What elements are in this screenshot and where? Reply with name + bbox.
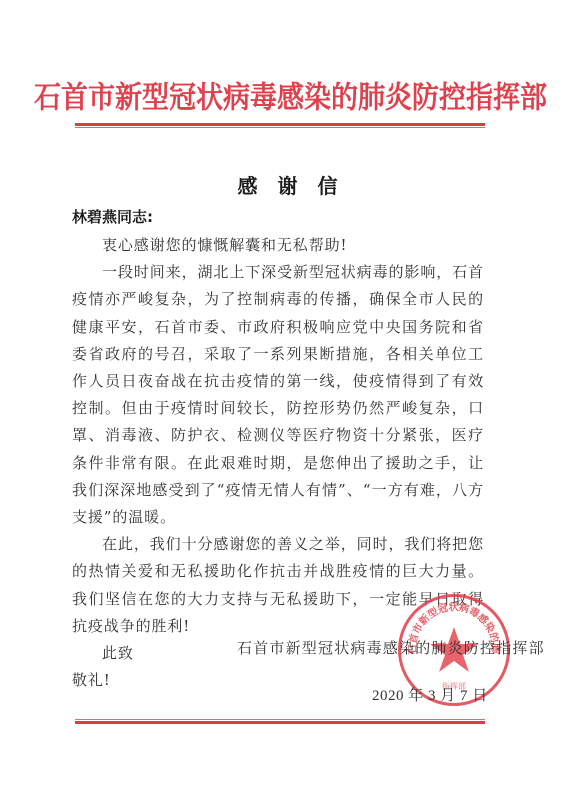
signature-organization: 石首市新型冠状病毒感染的肺炎防控指挥部 <box>237 637 545 658</box>
letter-title: 感谢信 <box>0 170 581 199</box>
letterhead-divider <box>75 123 485 128</box>
letter-date: 2020 年 3 月 7 日 <box>372 684 488 705</box>
paragraph-gratitude: 衷心感谢您的慷慨解囊和无私帮助! <box>72 232 484 259</box>
salutation: 林碧燕同志: <box>72 206 153 227</box>
paragraph-situation: 一段时间来，湖北上下深受新型冠状病毒的影响，石首疫情亦严峻复杂，为了控制病毒的传… <box>72 259 484 531</box>
organization-letterhead: 石首市新型冠状病毒感染的肺炎防控指挥部 <box>0 76 581 121</box>
footer-divider <box>75 719 485 724</box>
